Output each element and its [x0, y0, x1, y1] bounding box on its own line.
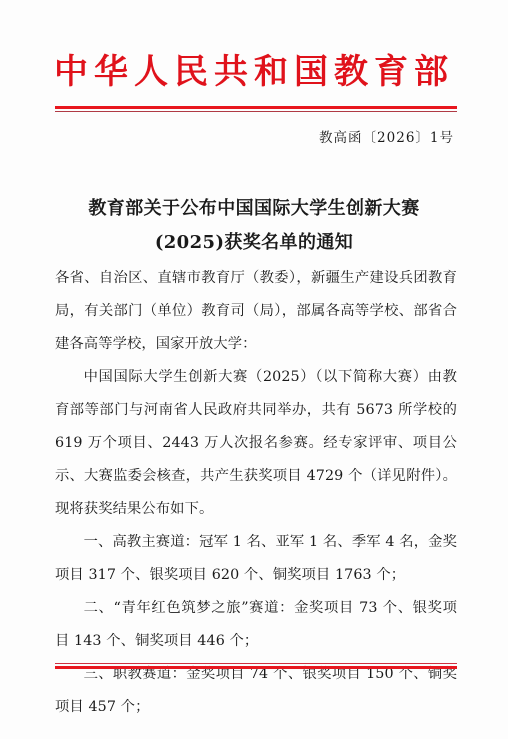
paragraph-intro: 中国国际大学生创新大赛（2025）（以下简称大赛）由教育部等部门与河南省人民政府… — [55, 361, 457, 526]
document-number: 教高函〔2026〕1号 — [319, 126, 454, 146]
title-line-1: 教育部关于公布中国国际大学生创新大赛 — [0, 192, 508, 226]
addressee: 各省、自治区、直辖市教育厅（教委），新疆生产建设兵团教育局，有关部门（单位）教育… — [55, 262, 457, 361]
document-title: 教育部关于公布中国国际大学生创新大赛 (2025)获奖名单的通知 — [0, 192, 508, 260]
paragraph-item-1: 一、高教主赛道：冠军 1 名、亚军 1 名、季军 4 名，金奖项目 317 个、… — [55, 526, 457, 592]
footer-rule-thin — [55, 663, 457, 664]
masthead-rule-thick — [55, 106, 457, 109]
title-line-2: (2025)获奖名单的通知 — [0, 226, 508, 260]
masthead-rule-thin — [55, 111, 457, 112]
document-body: 各省、自治区、直辖市教育厅（教委），新疆生产建设兵团教育局，有关部门（单位）教育… — [55, 262, 457, 724]
footer-rule-thick — [55, 666, 457, 669]
masthead: 中华人民共和国教育部 — [0, 52, 508, 92]
paragraph-item-2: 二、“青年红色筑梦之旅”赛道：金奖项目 73 个、银奖项目 143 个、铜奖项目… — [55, 592, 457, 658]
